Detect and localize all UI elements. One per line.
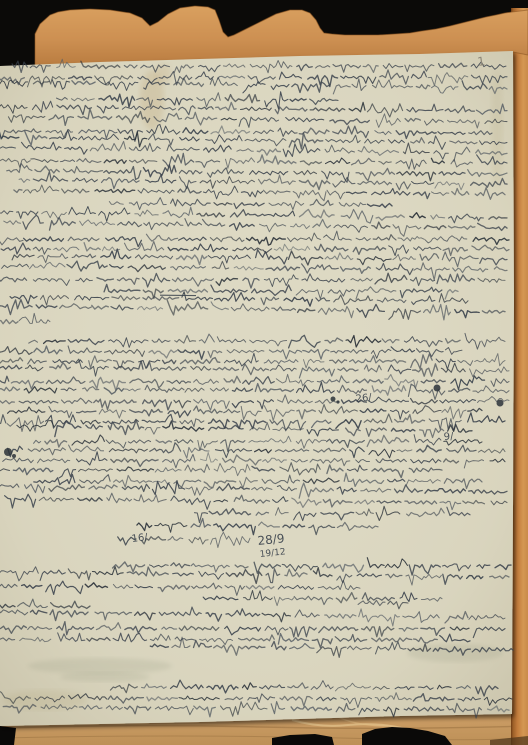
ink-blot: [434, 385, 441, 392]
handwritten-numeral: 28/9: [257, 531, 285, 548]
manuscript-scan-image: 26/9/16/28/919/12 1: [0, 0, 528, 745]
bleedthrough-smudge: [60, 672, 150, 682]
ink-blot: [12, 454, 16, 458]
bleedthrough-smudge: [28, 658, 172, 674]
ink-blot: [331, 397, 336, 402]
ink-blot: [497, 400, 504, 407]
handwritten-numeral: 26/: [355, 392, 373, 405]
handwritten-numeral: 9/: [443, 431, 454, 443]
ink-blot: [4, 448, 12, 456]
scanned-document: 26/9/16/28/919/12 1: [0, 0, 528, 745]
torn-hole: [0, 726, 16, 745]
ink-blot: [336, 400, 339, 403]
handwritten-numeral: 16/: [131, 532, 149, 545]
